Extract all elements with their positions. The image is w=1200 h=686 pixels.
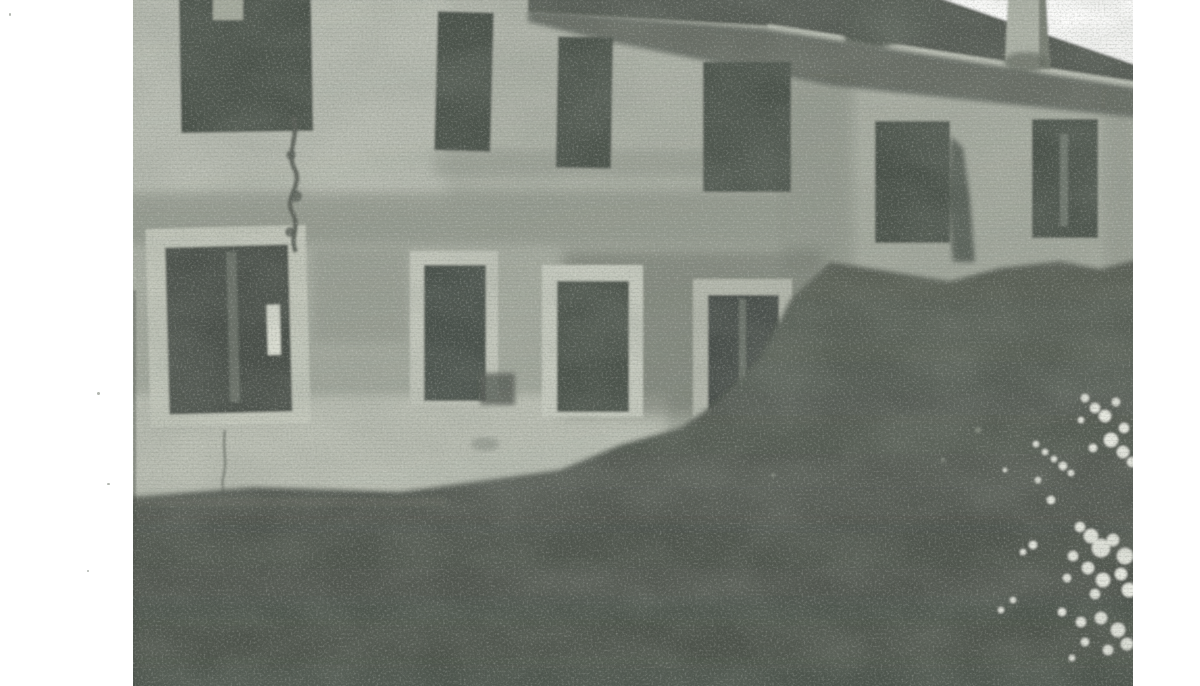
scanner-speck xyxy=(97,392,100,395)
photocopied-photograph xyxy=(133,0,1133,686)
scanner-speck xyxy=(87,570,89,572)
scanned-page xyxy=(0,0,1200,686)
scanner-speck xyxy=(107,483,110,485)
scanner-speck xyxy=(9,13,11,16)
light-grain-overlay xyxy=(133,0,1133,686)
photo-svg xyxy=(133,0,1133,686)
